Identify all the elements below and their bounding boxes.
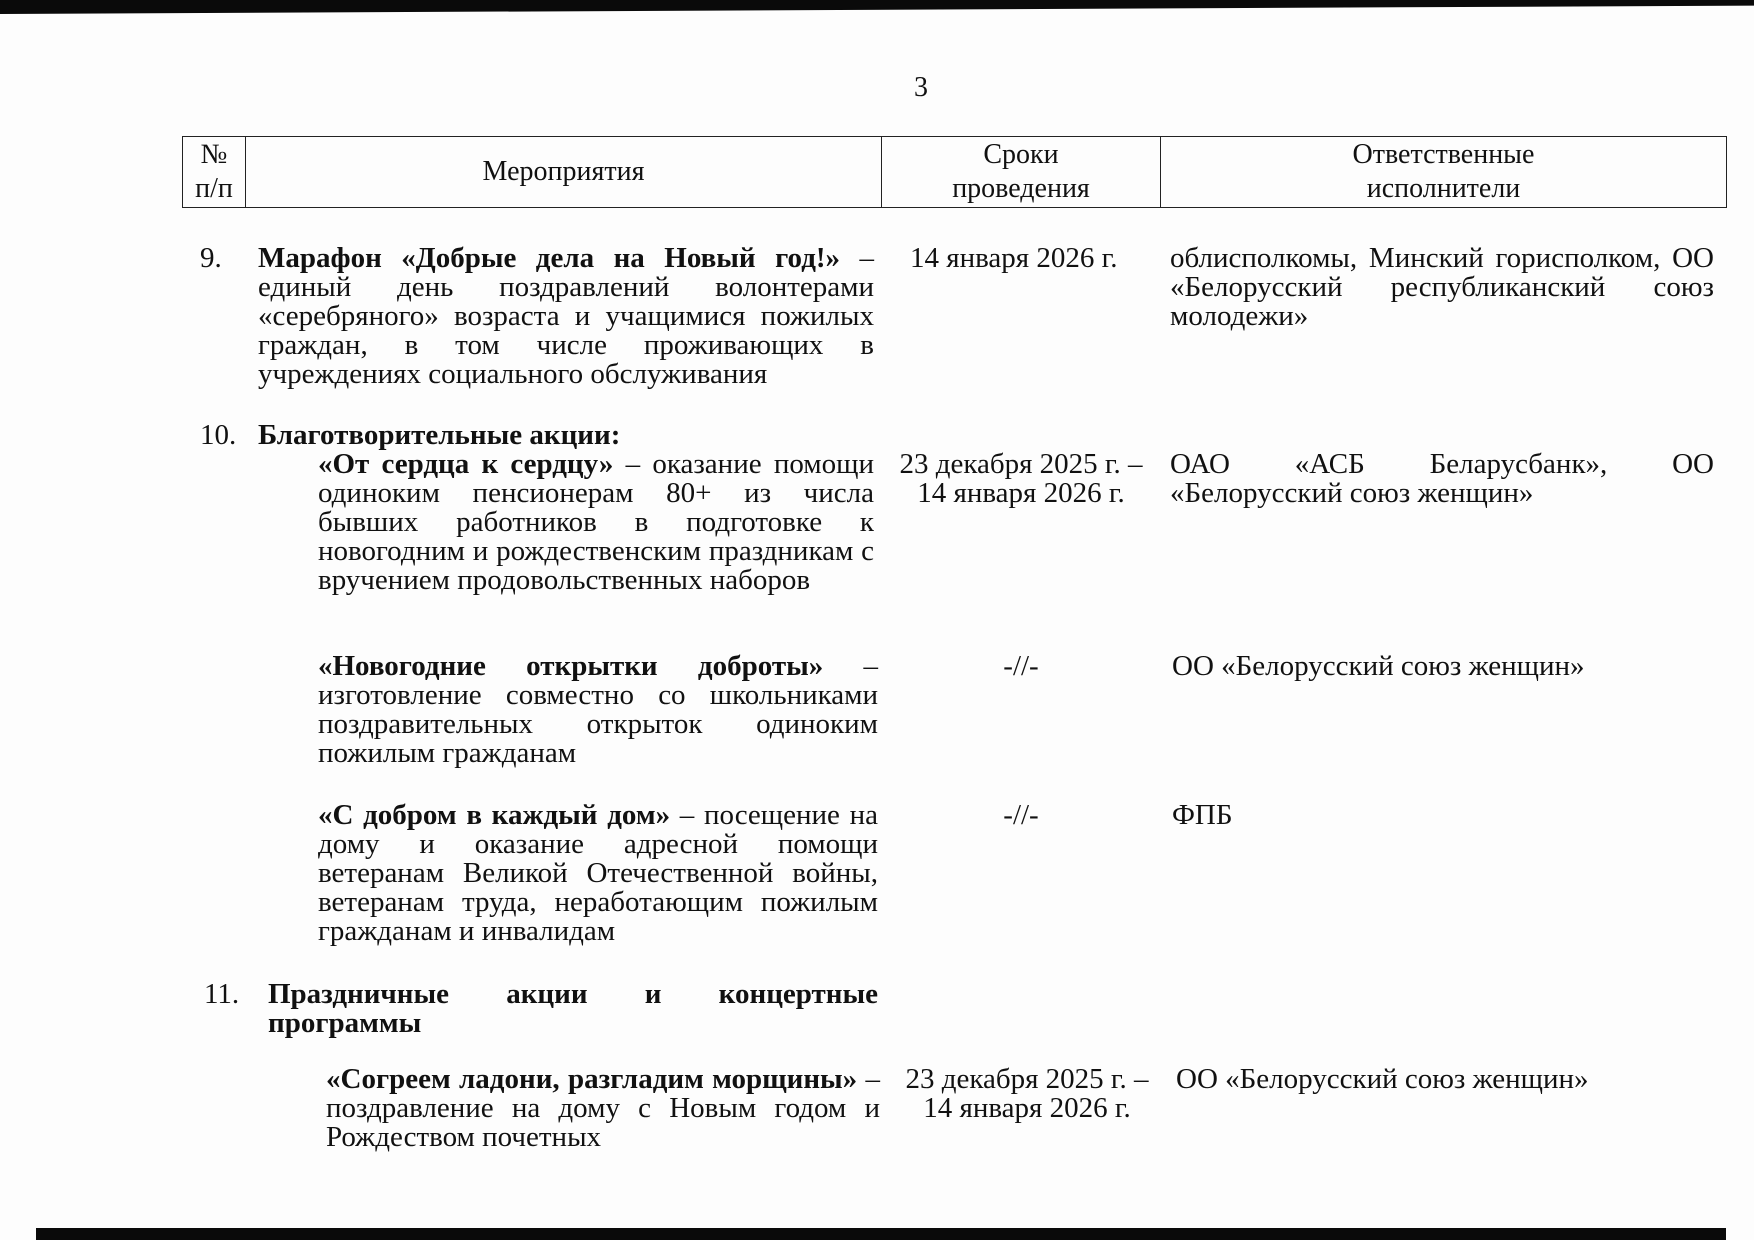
row-10-sub3-dates: -//-	[890, 801, 1152, 830]
header-num-line1: №	[183, 138, 245, 172]
row-10-sub1-title: «От сердца к сердцу»	[318, 448, 613, 480]
table-header: № п/п Мероприятия Сроки проведения Ответ…	[182, 136, 1727, 208]
header-events: Мероприятия	[246, 137, 882, 208]
row-11-sub1-dates-line1: 23 декабря 2025 г. –	[896, 1065, 1158, 1094]
page-number: 3	[914, 72, 928, 104]
row-10-sub1-dates-line2: 14 января 2026 г.	[890, 479, 1152, 508]
row-11-sub1-responsible: ОО «Белорусский союз женщин»	[1176, 1065, 1589, 1094]
row-10-sub2-dates: -//-	[890, 652, 1152, 681]
row-11-title: Праздничные акции и концертные программы	[268, 980, 878, 1038]
row-10-sub1-event: «От сердца к сердцу» – оказание помощи о…	[318, 450, 874, 595]
row-10-sub1-dates-line1: 23 декабря 2025 г. –	[890, 450, 1152, 479]
row-10-number: 10.	[200, 421, 236, 450]
row-9-responsible: облисполкомы, Минский горисполком, ОО «Б…	[1170, 244, 1714, 331]
row-10-sub2-event: «Новогодние открытки доброты» – изготовл…	[318, 652, 878, 768]
row-10-sub3-responsible: ФПБ	[1172, 801, 1233, 830]
row-11-sub1-dates: 23 декабря 2025 г. – 14 января 2026 г.	[896, 1065, 1158, 1123]
scan-edge-top	[0, 0, 1754, 14]
row-10-sub3-event: «С добром в каждый дом» – посещение на д…	[318, 801, 878, 946]
row-9-number: 9.	[200, 244, 222, 273]
row-9-title: Марафон «Добрые дела на Новый год!»	[258, 242, 840, 274]
row-11-sub1-dates-line2: 14 января 2026 г.	[896, 1094, 1158, 1123]
row-10-sub1-dates: 23 декабря 2025 г. – 14 января 2026 г.	[890, 450, 1152, 508]
row-10-title: Благотворительные акции:	[258, 421, 620, 450]
row-11-sub1-event: «Согреем ладони, разгладим морщины» – по…	[326, 1065, 880, 1152]
row-10-sub2-title: «Новогодние открытки доброты»	[318, 650, 823, 682]
row-11-number: 11.	[204, 980, 239, 1009]
header-dates-line1: Сроки	[882, 138, 1160, 172]
row-9-event: Марафон «Добрые дела на Новый год!» – ед…	[258, 244, 874, 389]
header-responsible: Ответственные исполнители	[1161, 137, 1727, 208]
row-10-sub2-responsible: ОО «Белорусский союз женщин»	[1172, 652, 1585, 681]
header-num: № п/п	[183, 137, 246, 208]
header-num-line2: п/п	[183, 172, 245, 206]
row-10-sub1-responsible: ОАО «АСБ Беларусбанк», ОО «Белорусский с…	[1170, 450, 1714, 508]
header-resp-line2: исполнители	[1161, 172, 1726, 206]
scan-edge-bottom	[36, 1228, 1726, 1240]
row-11-sub1-title: «Согреем ладони, разгладим морщины»	[326, 1063, 857, 1095]
row-9-dates: 14 января 2026 г.	[910, 244, 1118, 273]
row-10-sub3-title: «С добром в каждый дом»	[318, 799, 670, 831]
header-resp-line1: Ответственные	[1161, 138, 1726, 172]
header-dates-line2: проведения	[882, 172, 1160, 206]
header-dates: Сроки проведения	[882, 137, 1161, 208]
